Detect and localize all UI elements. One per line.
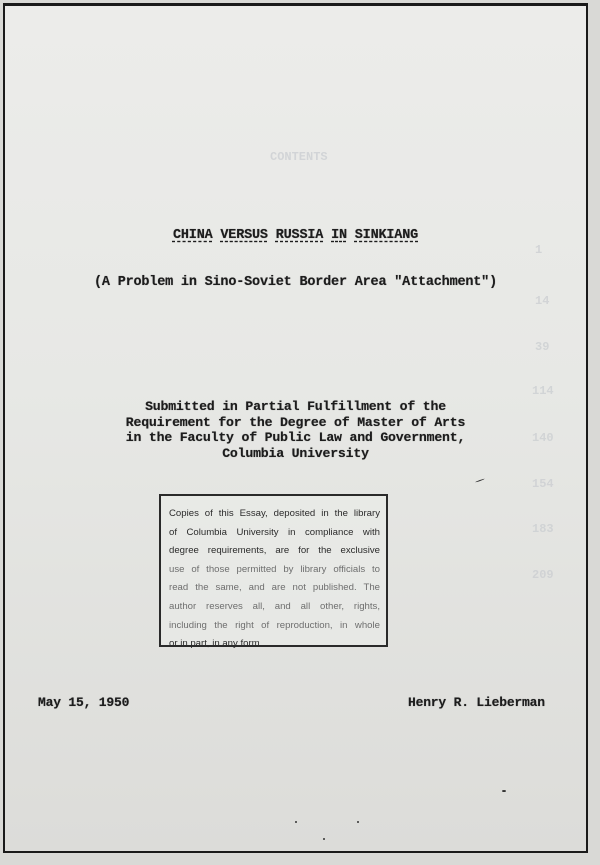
submission-line: Submitted in Partial Fulfillment of the [5,399,586,415]
stamp-line: degree requirements, are for the exclusi… [169,542,380,561]
thesis-title: CHINA VERSUS RUSSIA IN SINKIANG [5,228,586,243]
stamp-line: of Columbia University in compliance wit… [169,524,380,543]
bleed-through-page-number: 183 [532,522,554,536]
stamp-line: author reserves all, and all other, righ… [169,598,380,617]
title-word: CHINA [173,228,213,243]
bleed-through-page-number: 39 [535,340,549,354]
stamp-line: read the same, and are not published. Th… [169,579,380,598]
title-word: IN [331,228,347,243]
stamp-line: including the right of reproduction, in … [169,617,380,636]
library-copyright-stamp: Copies of this Essay, deposited in the l… [159,494,388,647]
author-name: Henry R. Lieberman [408,695,545,710]
title-word: VERSUS [220,228,267,243]
submission-line: Requirement for the Degree of Master of … [5,415,586,431]
bleed-through-page-number: 154 [532,477,554,491]
document-page: CONTENTS 1 14 39 114 140 154 183 209 CHI… [3,3,588,853]
bleed-through-page-number: 14 [535,294,549,308]
stamp-line: or in part, in any form. [169,635,380,654]
thesis-subtitle: (A Problem in Sino-Soviet Border Area "A… [5,275,586,290]
title-word: RUSSIA [276,228,323,243]
bleed-through-page-number: 114 [532,384,554,398]
bleed-through-page-number: 209 [532,568,554,582]
submission-date: May 15, 1950 [38,695,129,710]
bleed-through-page-number: 1 [535,243,542,257]
stamp-line: Copies of this Essay, deposited in the l… [169,505,380,524]
submission-line: Columbia University [5,446,586,462]
submission-line: in the Faculty of Public Law and Governm… [5,430,586,446]
stamp-line: use of those permitted by library offici… [169,561,380,580]
bleed-through-heading: CONTENTS [270,150,328,164]
title-word: SINKIANG [355,228,418,243]
submission-statement: Submitted in Partial Fulfillment of the … [5,399,586,461]
